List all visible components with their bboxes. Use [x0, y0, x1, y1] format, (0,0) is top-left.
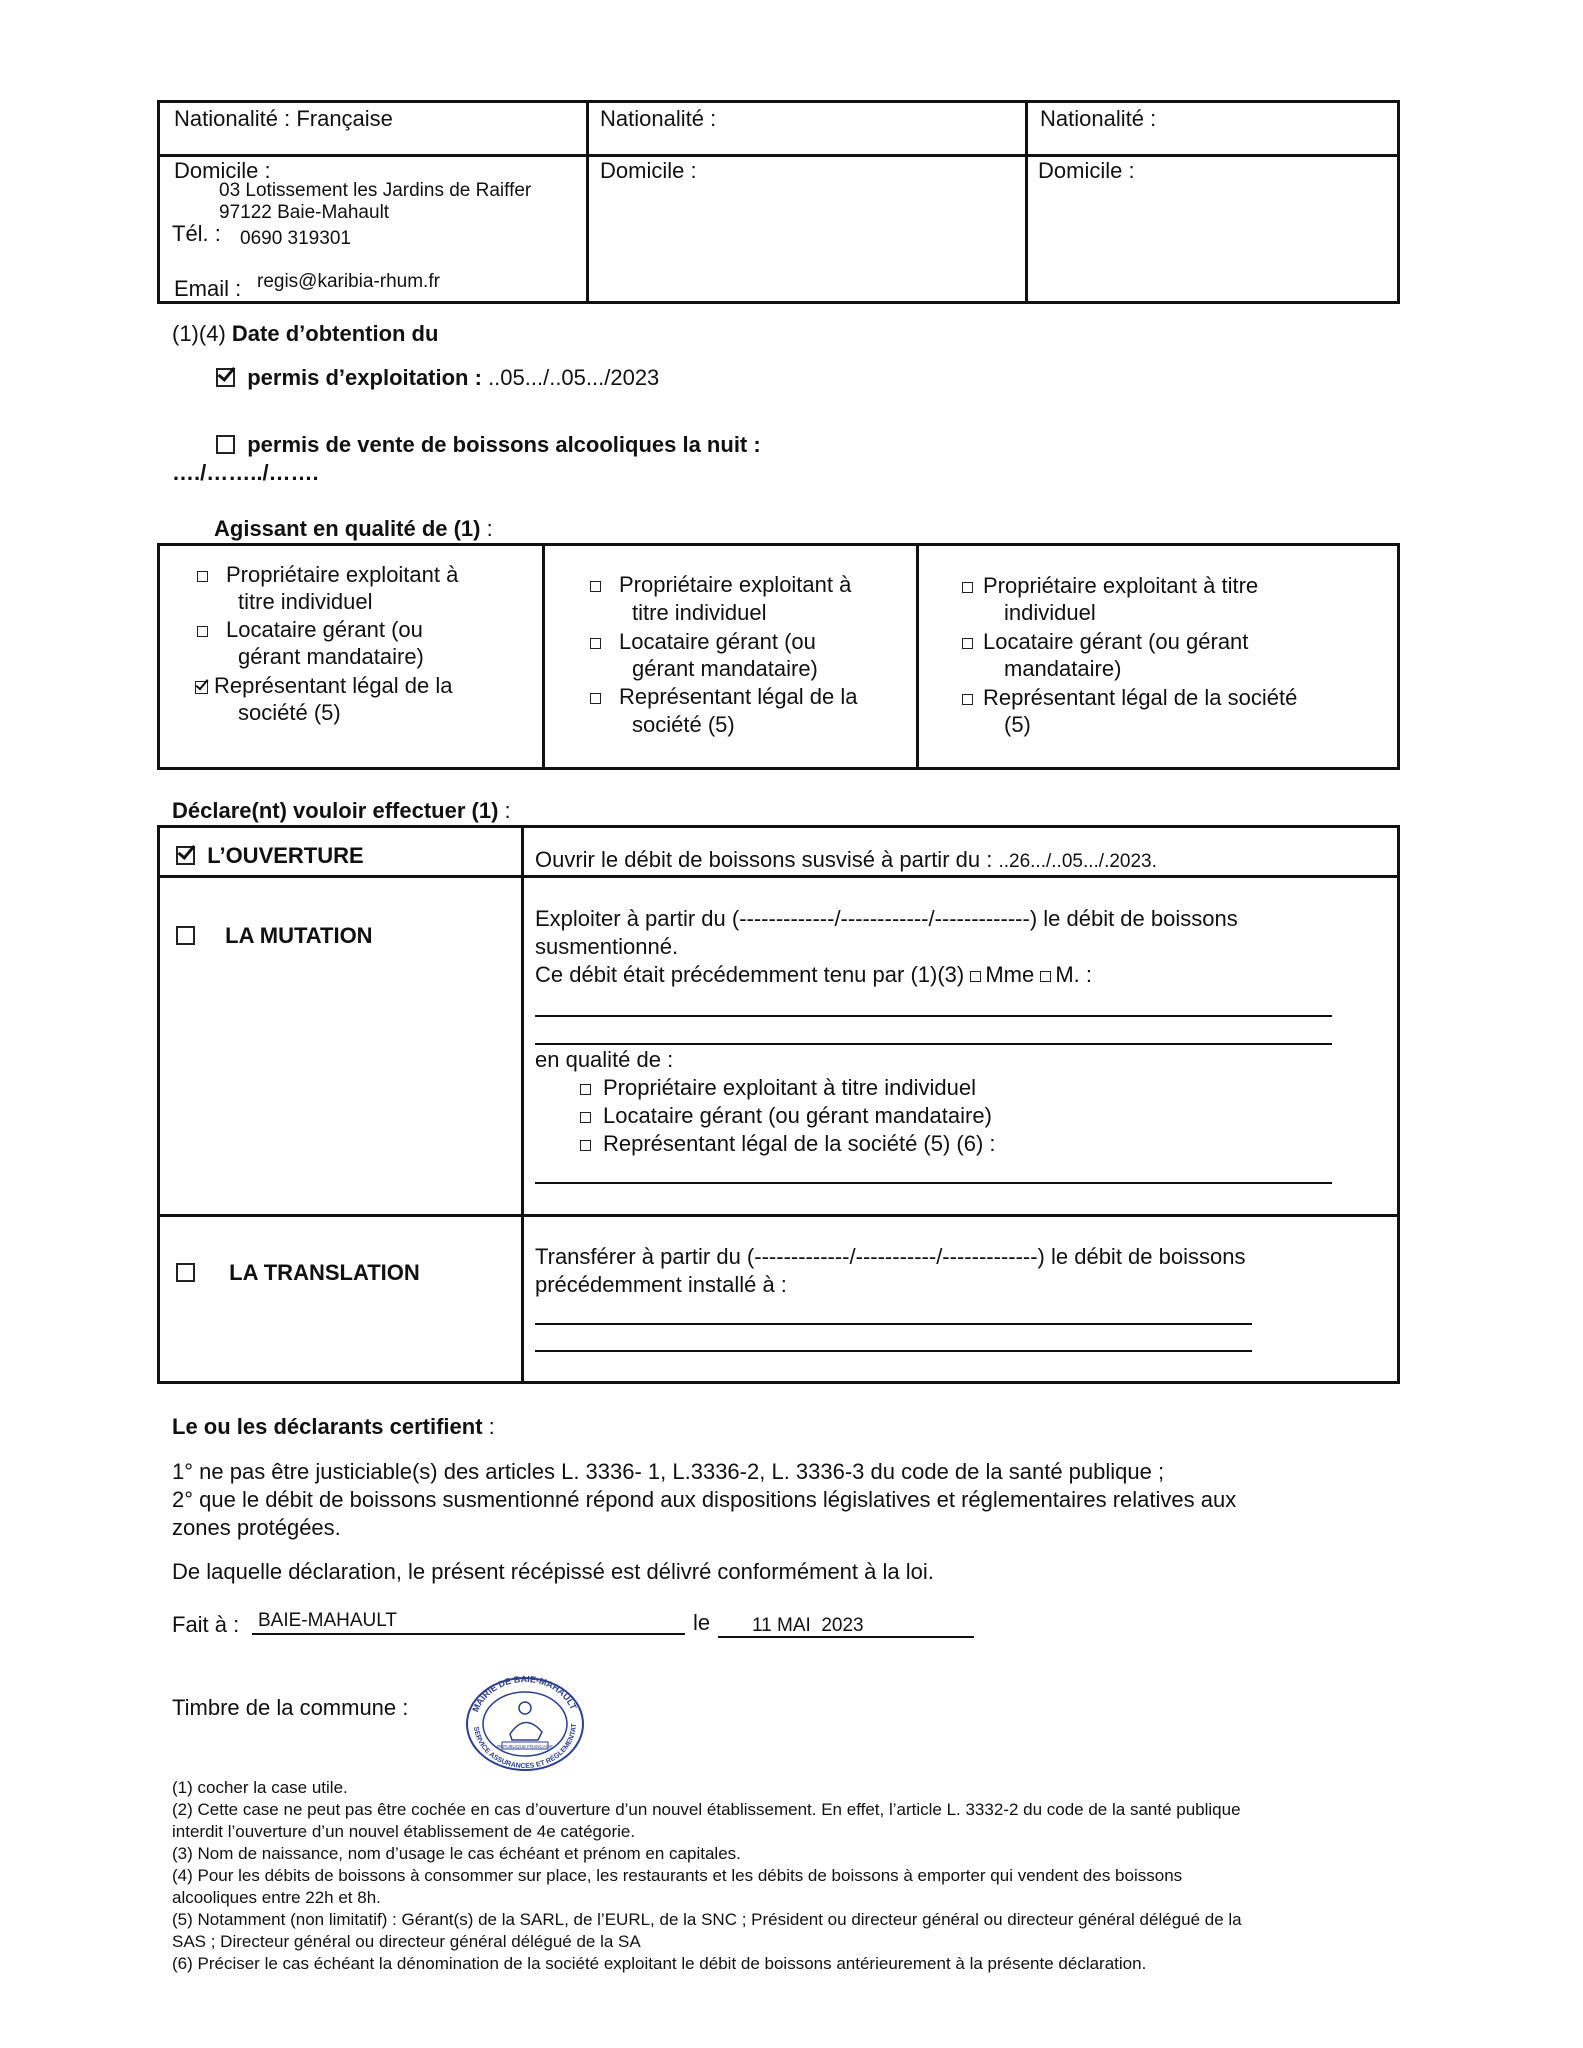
permis-exploitation-checkbox[interactable]: [216, 368, 235, 387]
fait-a-label: Fait à :: [172, 1611, 239, 1638]
svg-text:MAIRIE DE BAIE-MAHAULT: MAIRIE DE BAIE-MAHAULT: [470, 1674, 579, 1714]
identity-col-divider-2: [1025, 100, 1028, 304]
mutation-option-proprietaire[interactable]: Propriétaire exploitant à titre individu…: [580, 1074, 976, 1101]
mutation-checkbox[interactable]: [176, 926, 195, 945]
mme-checkbox[interactable]: [970, 971, 981, 982]
checkbox-icon[interactable]: [580, 1084, 591, 1095]
qualite-1-option-representant-l2: société (5): [238, 699, 341, 726]
checkbox-icon[interactable]: [580, 1112, 591, 1123]
declaration-heading: Déclare(nt) vouloir effectuer (1) :: [172, 797, 511, 824]
checkbox-icon[interactable]: [590, 638, 601, 649]
footnote-3: (3) Nom de naissance, nom d’usage le cas…: [172, 1843, 741, 1865]
previous-holder-line-2[interactable]: [535, 1043, 1332, 1045]
nationalite-value: Française: [296, 106, 393, 131]
footnote-6: (6) Préciser le cas échéant la dénominat…: [172, 1953, 1146, 1975]
qualite-3-option-proprietaire-l2: individuel: [1004, 599, 1096, 626]
mutation-line-1: Exploiter à partir du (-------------/---…: [535, 905, 1238, 932]
qualite-3-option-locataire[interactable]: Locataire gérant (ou gérant: [962, 628, 1248, 655]
fait-a-line: [252, 1633, 685, 1635]
qualite-3-option-proprietaire[interactable]: Propriétaire exploitant à titre: [962, 572, 1258, 599]
ouverture-label: L’OUVERTURE: [207, 843, 363, 868]
translation-label: LA TRANSLATION: [229, 1260, 420, 1285]
qualite-1-option-proprietaire-l2: titre individuel: [238, 588, 373, 615]
address-line-1[interactable]: 03 Lotissement les Jardins de Raiffer: [219, 179, 531, 202]
footnote-4: (4) Pour les débits de boissons à consom…: [172, 1865, 1182, 1887]
checkbox-icon[interactable]: [590, 581, 601, 592]
m-checkbox[interactable]: [1040, 971, 1051, 982]
mutation-en-qualite: en qualité de :: [535, 1046, 673, 1073]
receipt-statement: De laquelle déclaration, le présent récé…: [172, 1558, 934, 1585]
permis-exploitation-date[interactable]: ..05.../..05.../2023: [488, 365, 659, 390]
email-value[interactable]: regis@karibia-rhum.fr: [257, 270, 440, 293]
timbre-label: Timbre de la commune :: [172, 1694, 408, 1721]
qualite-2-option-representant-l2: société (5): [632, 711, 735, 738]
permis-nuit-date[interactable]: …./……../…….: [172, 459, 319, 486]
qualite-2-option-proprietaire-l2: titre individuel: [632, 599, 767, 626]
translation-line-2: précédemment installé à :: [535, 1271, 787, 1298]
certify-item-2-l1: 2° que le débit de boissons susmentionné…: [172, 1486, 1236, 1513]
previous-address-line-2[interactable]: [535, 1350, 1252, 1352]
certify-item-1: 1° ne pas être justiciable(s) des articl…: [172, 1458, 1164, 1485]
qualite-1-option-locataire[interactable]: Locataire gérant (ou: [197, 616, 423, 643]
previous-holder-line-1[interactable]: [535, 1015, 1332, 1017]
certify-heading: Le ou les déclarants certifient :: [172, 1413, 495, 1440]
ouverture-checkbox[interactable]: [176, 846, 195, 865]
declaration-row-divider-1: [157, 875, 1400, 878]
qualite-1-option-representant[interactable]: Représentant légal de la: [195, 672, 453, 699]
ouverture-option[interactable]: L’OUVERTURE: [176, 842, 364, 869]
societe-name-line[interactable]: [535, 1182, 1332, 1184]
checkbox-icon[interactable]: [962, 694, 973, 705]
date-line: [718, 1636, 974, 1638]
checkbox-icon[interactable]: [962, 582, 973, 593]
permis-exploitation-label: permis d’exploitation :: [247, 365, 482, 390]
nationalite-label: Nationalité :: [1040, 106, 1156, 131]
mutation-option[interactable]: LA MUTATION: [176, 922, 373, 949]
previous-address-line-1[interactable]: [535, 1323, 1252, 1325]
qualite-col-divider-2: [916, 543, 919, 770]
qualite-2-option-proprietaire[interactable]: Propriétaire exploitant à: [590, 571, 851, 598]
qualite-3-option-locataire-l2: mandataire): [1004, 655, 1121, 682]
mutation-line-3: Ce débit était précédemment tenu par (1)…: [535, 961, 1092, 988]
qualite-3-option-representant[interactable]: Représentant légal de la société: [962, 684, 1297, 711]
commune-stamp: MAIRIE DE BAIE-MAHAULT SERVICE ASSURANCE…: [460, 1672, 590, 1772]
translation-option[interactable]: LA TRANSLATION: [176, 1259, 420, 1286]
permis-exploitation-row: permis d’exploitation : ..05.../..05.../…: [216, 364, 659, 391]
fait-a-value[interactable]: BAIE-MAHAULT: [258, 1609, 397, 1632]
nationalite-field-3[interactable]: Nationalité :: [1040, 105, 1156, 132]
le-label: le: [693, 1609, 710, 1636]
mutation-line-2: susmentionné.: [535, 933, 678, 960]
translation-line-1: Transférer à partir du (-------------/--…: [535, 1243, 1245, 1270]
qualite-1-option-locataire-l2: gérant mandataire): [238, 643, 424, 670]
permits-heading: (1)(4) Date d’obtention du: [172, 320, 438, 347]
checkbox-icon[interactable]: [580, 1140, 591, 1151]
qualite-3-option-representant-l2: (5): [1004, 711, 1031, 738]
ouverture-date[interactable]: ..26.../..05.../.2023.: [998, 851, 1156, 872]
qualite-2-option-representant[interactable]: Représentant légal de la: [590, 683, 858, 710]
footnote-4-cont: alcooliques entre 22h et 8h.: [172, 1887, 381, 1909]
footnote-2-cont: interdit l’ouverture d’un nouvel établis…: [172, 1821, 635, 1843]
declaration-col-divider: [521, 825, 524, 1384]
footnote-2: (2) Cette case ne peut pas être cochée e…: [172, 1799, 1241, 1821]
nationalite-label: Nationalité :: [174, 106, 290, 131]
declaration-row-divider-2: [157, 1214, 1400, 1217]
email-label: Email :: [174, 275, 241, 302]
nationalite-field-2[interactable]: Nationalité :: [600, 105, 716, 132]
identity-col-divider-1: [586, 100, 589, 304]
checkbox-icon[interactable]: [962, 638, 973, 649]
nationalite-label: Nationalité :: [600, 106, 716, 131]
domicile-label-2: Domicile :: [600, 157, 697, 184]
qualite-col-divider-1: [542, 543, 545, 770]
mutation-label: LA MUTATION: [225, 923, 372, 948]
footnote-5: (5) Notamment (non limitatif) : Gérant(s…: [172, 1909, 1242, 1931]
mutation-option-locataire[interactable]: Locataire gérant (ou gérant mandataire): [580, 1102, 992, 1129]
qualite-1-option-proprietaire[interactable]: Propriétaire exploitant à: [197, 561, 458, 588]
nationalite-field-1[interactable]: Nationalité : Française: [174, 105, 393, 132]
seal-icon: MAIRIE DE BAIE-MAHAULT SERVICE ASSURANCE…: [460, 1672, 590, 1772]
translation-checkbox[interactable]: [176, 1263, 195, 1282]
tel-label: Tél. :: [172, 220, 221, 247]
footnote-5-cont: SAS ; Directeur général ou directeur gén…: [172, 1931, 641, 1953]
checkbox-icon[interactable]: [197, 571, 208, 582]
permis-nuit-checkbox[interactable]: [216, 435, 235, 454]
mutation-option-representant[interactable]: Représentant légal de la société (5) (6)…: [580, 1130, 996, 1157]
qualite-2-option-locataire-l2: gérant mandataire): [632, 655, 818, 682]
permis-nuit-row: permis de vente de boissons alcooliques …: [216, 431, 761, 458]
tel-value[interactable]: 0690 319301: [240, 227, 351, 250]
certify-item-2-l2: zones protégées.: [172, 1514, 341, 1541]
footnote-1: (1) cocher la case utile.: [172, 1777, 348, 1799]
svg-text:RÉPUBLIQUE FRANÇAISE: RÉPUBLIQUE FRANÇAISE: [497, 1743, 553, 1749]
permis-nuit-label: permis de vente de boissons alcooliques …: [247, 432, 760, 457]
qualite-heading: Agissant en qualité de (1) :: [214, 515, 493, 542]
date-value[interactable]: 11 MAI 2023: [752, 1614, 864, 1637]
checkbox-icon[interactable]: [197, 626, 208, 637]
domicile-label-3: Domicile :: [1038, 157, 1135, 184]
ouverture-text: Ouvrir le débit de boissons susvisé à pa…: [535, 846, 1157, 873]
address-line-2[interactable]: 97122 Baie-Mahault: [219, 201, 389, 224]
checkbox-icon[interactable]: [590, 693, 601, 704]
qualite-2-option-locataire[interactable]: Locataire gérant (ou: [590, 628, 816, 655]
checked-checkbox-icon[interactable]: [195, 681, 208, 694]
identity-row-divider: [157, 154, 1400, 157]
